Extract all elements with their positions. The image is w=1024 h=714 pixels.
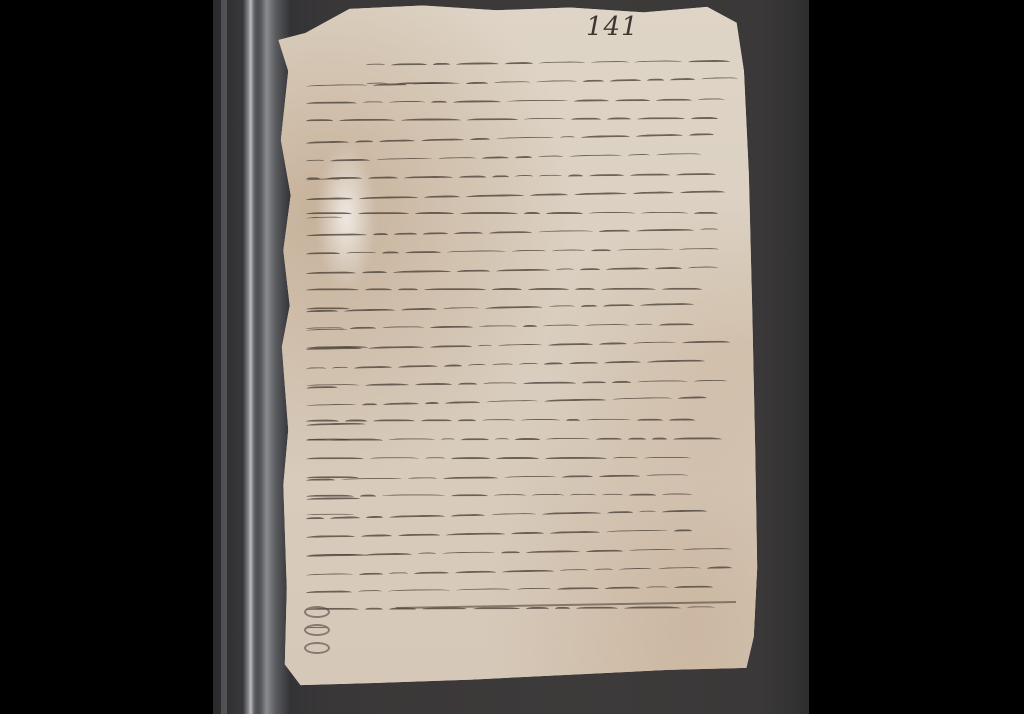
handwritten-word [662, 494, 692, 498]
handwritten-word [460, 212, 518, 217]
handwritten-line [306, 486, 746, 504]
handwritten-word [360, 495, 376, 500]
handwritten-line [306, 69, 746, 93]
handwritten-word [691, 117, 718, 122]
handwritten-word [379, 139, 415, 145]
handwritten-word [306, 252, 340, 257]
handwritten-word [344, 309, 395, 315]
handwritten-word [382, 251, 399, 256]
plastic-sleeve-edge [221, 0, 227, 714]
handwritten-word [542, 512, 601, 518]
handwritten-word [501, 551, 520, 556]
handwritten-word [635, 60, 682, 65]
handwritten-word [306, 457, 364, 462]
handwritten-word [673, 437, 722, 442]
handwritten-word [624, 606, 681, 611]
handwritten-word [680, 190, 725, 196]
margin-flourishes [304, 602, 344, 662]
plastic-sleeve-fold-highlight [243, 0, 257, 714]
handwritten-word [555, 607, 570, 612]
handwritten-word [569, 154, 622, 159]
handwritten-word [485, 306, 543, 312]
handwritten-word [424, 288, 486, 293]
handwritten-word [306, 573, 353, 578]
handwritten-word [415, 382, 452, 387]
handwritten-word [574, 99, 609, 104]
handwritten-word [359, 572, 383, 577]
handwritten-word [610, 79, 641, 85]
handwritten-word [694, 379, 727, 383]
handwritten-word [389, 515, 445, 521]
handwritten-word [523, 325, 537, 330]
handwritten-word [346, 252, 376, 256]
handwritten-word [636, 134, 683, 140]
handwritten-word [538, 230, 593, 235]
handwritten-word [466, 81, 488, 86]
handwritten-word [552, 249, 585, 253]
handwritten-word [607, 118, 631, 123]
handwritten-word [394, 233, 417, 238]
handwritten-word [646, 586, 668, 590]
handwritten-word [505, 62, 533, 67]
handwritten-word [637, 118, 685, 123]
handwritten-word [332, 438, 383, 443]
handwritten-word [544, 399, 606, 405]
handwritten-word [687, 606, 715, 610]
handwritten-word [536, 80, 577, 85]
handwritten-word [482, 419, 515, 423]
handwritten-word [382, 326, 424, 330]
handwritten-word [361, 534, 392, 540]
handwritten-word [330, 159, 370, 165]
handwritten-word [418, 552, 436, 556]
handwritten-word [479, 325, 517, 329]
handwritten-word [444, 364, 462, 369]
handwritten-word [607, 511, 633, 517]
handwritten-word [370, 457, 419, 461]
handwritten-word [306, 141, 349, 147]
handwritten-word [306, 591, 352, 597]
handwritten-word [571, 118, 601, 123]
handwritten-word [478, 345, 492, 349]
handwritten-word [388, 589, 450, 594]
handwritten-word [350, 327, 376, 332]
handwritten-word [585, 324, 629, 328]
handwritten-word [425, 402, 439, 407]
handwritten-word [628, 438, 646, 443]
handwritten-word [700, 228, 718, 232]
handwritten-line [306, 220, 746, 242]
handwritten-word [405, 251, 441, 256]
handwritten-word [421, 419, 452, 424]
handwritten-word [521, 419, 560, 423]
handwritten-word [306, 197, 353, 203]
handwritten-word [491, 513, 536, 518]
handwritten-word [425, 457, 445, 461]
handwritten-word [580, 268, 600, 273]
handwritten-word [637, 419, 663, 424]
handwritten-word [454, 232, 483, 237]
handwritten-line [306, 240, 746, 261]
handwritten-word [443, 476, 498, 482]
handwritten-word [582, 381, 606, 386]
handwritten-word [568, 174, 583, 179]
handwritten-word [458, 419, 476, 424]
handwritten-word [461, 438, 489, 443]
handwritten-word [496, 268, 550, 274]
handwritten-word [570, 494, 596, 498]
handwritten-word [606, 267, 649, 273]
handwritten-word [306, 160, 324, 164]
handwritten-word [468, 364, 486, 368]
handwritten-word [330, 516, 360, 522]
handwritten-word [613, 457, 638, 461]
handwritten-word [662, 510, 707, 516]
handwritten-word [306, 367, 326, 371]
handwritten-word [306, 553, 359, 558]
handwritten-word [445, 401, 480, 407]
handwritten-word [698, 98, 725, 102]
handwritten-word [368, 346, 424, 352]
handwritten-line [306, 598, 746, 616]
handwritten-word [594, 568, 613, 572]
handwritten-word [586, 419, 631, 423]
handwritten-word [601, 287, 656, 292]
handwritten-word [365, 552, 412, 558]
handwritten-word [358, 590, 382, 594]
handwritten-word [492, 363, 513, 367]
handwritten-word [566, 419, 580, 424]
handwritten-word [515, 156, 532, 161]
handwritten-word [707, 566, 732, 571]
handwritten-word [644, 457, 691, 461]
handwritten-word [451, 514, 485, 520]
handwritten-word [398, 533, 440, 539]
handwritten-word [546, 212, 583, 217]
handwritten-word [512, 250, 546, 254]
handwritten-word [574, 192, 627, 198]
handwritten-word [629, 494, 656, 499]
handwritten-word [619, 567, 652, 572]
handwritten-word [382, 495, 445, 499]
handwritten-word [526, 550, 580, 556]
manuscript-page: 141 [276, 2, 766, 692]
handwritten-word [599, 474, 640, 480]
handwritten-word [458, 382, 477, 387]
handwritten-word [359, 196, 418, 202]
handwritten-word [451, 494, 488, 499]
handwritten-word [306, 101, 357, 106]
handwritten-word [389, 572, 408, 576]
handwritten-word [639, 511, 656, 515]
handwritten-word [306, 288, 359, 293]
handwritten-word [421, 138, 464, 144]
handwritten-word [326, 177, 362, 182]
handwritten-word [560, 136, 575, 140]
handwritten-word [443, 307, 479, 312]
handwritten-word [658, 566, 701, 571]
handwritten-word [373, 419, 415, 424]
handwritten-word [603, 304, 634, 310]
handwritten-word [495, 438, 509, 442]
handwritten-word [669, 419, 695, 424]
handwritten-word [524, 212, 540, 217]
handwritten-word [562, 475, 593, 480]
handwritten-word [507, 99, 568, 104]
handwritten-word [636, 229, 694, 235]
handwritten-word [655, 267, 682, 272]
handwritten-word [528, 287, 569, 292]
handwritten-word [583, 79, 604, 84]
handwritten-word [341, 477, 402, 482]
handwritten-word [414, 571, 449, 577]
handwritten-word [617, 248, 673, 253]
handwritten-word [306, 233, 367, 239]
handwritten-word [532, 494, 564, 498]
handwritten-word [355, 140, 373, 145]
handwritten-word [366, 516, 383, 521]
handwritten-word [591, 61, 629, 65]
handwritten-word [538, 155, 563, 159]
handwritten-word [306, 383, 359, 388]
handwritten-word [637, 380, 688, 385]
handwritten-line [306, 465, 746, 487]
handwritten-word [456, 62, 499, 67]
handwritten-word [306, 119, 333, 124]
handwritten-word [473, 607, 520, 612]
handwritten-word [306, 84, 367, 89]
handwritten-text-block [306, 54, 746, 618]
handwritten-word [430, 326, 473, 331]
handwritten-word [615, 99, 650, 104]
handwritten-word [466, 194, 524, 200]
handwritten-word [604, 360, 641, 366]
handwritten-word [306, 212, 352, 217]
handwritten-word [517, 588, 551, 592]
handwritten-word [498, 344, 542, 349]
handwritten-word [306, 404, 356, 409]
handwritten-word [581, 135, 630, 141]
handwritten-word [544, 362, 563, 367]
handwritten-word [306, 495, 354, 500]
handwritten-line [306, 204, 746, 220]
handwritten-word [688, 266, 718, 270]
folio-number: 141 [586, 12, 639, 42]
handwritten-word [486, 400, 538, 405]
handwritten-word [306, 271, 356, 277]
handwritten-word [635, 324, 653, 328]
handwritten-word [482, 156, 509, 161]
handwritten-word [556, 268, 574, 272]
handwritten-line [306, 449, 746, 465]
handwritten-word [539, 174, 562, 178]
handwritten-word [447, 250, 506, 255]
handwritten-word [557, 587, 599, 593]
handwritten-word [641, 212, 688, 216]
handwritten-word [676, 173, 716, 178]
handwritten-word [306, 439, 326, 443]
handwritten-word [682, 340, 730, 346]
handwritten-line [306, 279, 746, 296]
handwritten-word [599, 342, 627, 347]
handwritten-word [647, 359, 705, 365]
handwritten-word [678, 397, 707, 403]
handwritten-word [398, 288, 418, 293]
handwritten-word [345, 420, 367, 425]
handwritten-word [511, 532, 544, 538]
handwritten-word [424, 195, 460, 201]
handwritten-word [504, 475, 556, 480]
handwritten-word [612, 397, 672, 402]
handwritten-word [494, 494, 526, 498]
handwritten-word [589, 212, 635, 216]
handwritten-word [373, 83, 407, 89]
handwritten-word [413, 82, 460, 87]
handwritten-word [633, 191, 674, 197]
handwritten-word [519, 363, 538, 367]
handwritten-word [492, 288, 522, 293]
handwritten-word [389, 438, 435, 442]
handwritten-word [492, 175, 509, 180]
handwritten-line [306, 429, 746, 446]
handwritten-word [398, 365, 438, 371]
handwritten-word [446, 532, 505, 538]
handwritten-word [373, 233, 388, 238]
handwritten-word [433, 63, 450, 68]
handwritten-word [550, 531, 600, 537]
handwritten-word [548, 343, 593, 349]
handwritten-word [453, 100, 501, 105]
handwritten-word [306, 327, 344, 331]
handwritten-word [546, 438, 590, 442]
handwritten-word [530, 193, 568, 199]
handwritten-word [332, 366, 348, 370]
handwritten-word [496, 457, 539, 462]
handwritten-word [688, 60, 730, 65]
handwritten-word [306, 478, 335, 483]
handwritten-word [576, 607, 618, 612]
handwritten-word [670, 78, 695, 83]
handwritten-word [358, 212, 409, 217]
handwritten-word [524, 118, 565, 122]
handwritten-word [438, 157, 476, 162]
handwritten-word [526, 607, 549, 612]
handwritten-word [647, 78, 664, 83]
handwritten-word [682, 548, 732, 553]
handwritten-word [366, 64, 385, 68]
handwritten-word [674, 529, 692, 534]
handwritten-word [376, 158, 432, 163]
handwritten-word [575, 287, 595, 292]
handwritten-word [602, 494, 623, 498]
handwritten-word [589, 174, 624, 179]
handwritten-word [659, 323, 694, 328]
handwritten-word [612, 380, 631, 385]
handwritten-word [404, 176, 453, 182]
handwritten-word [494, 81, 530, 86]
handwritten-word [365, 288, 392, 293]
handwritten-word [549, 305, 575, 309]
handwritten-word [599, 230, 630, 235]
handwritten-line [306, 164, 746, 185]
handwritten-word [401, 308, 437, 314]
handwritten-word [470, 138, 490, 143]
handwritten-word [306, 517, 324, 522]
handwritten-word [606, 530, 668, 535]
handwritten-word [656, 98, 692, 103]
handwritten-word [365, 383, 409, 388]
handwritten-word [662, 287, 702, 292]
handwritten-line [306, 258, 746, 280]
handwritten-word [674, 586, 713, 592]
handwritten-word [431, 100, 447, 105]
handwritten-word [496, 137, 554, 142]
handwritten-word [362, 403, 377, 408]
handwritten-word [483, 382, 517, 386]
handwritten-word [408, 477, 437, 481]
handwritten-word [581, 305, 597, 310]
handwritten-word [539, 61, 585, 65]
handwritten-word [383, 403, 419, 409]
handwritten-word [515, 438, 540, 443]
handwritten-word [467, 118, 518, 123]
handwritten-word [569, 361, 598, 367]
handwritten-word [306, 177, 320, 182]
handwritten-line [306, 411, 746, 428]
handwritten-line [306, 90, 746, 110]
handwritten-word [640, 303, 694, 309]
handwritten-word [306, 535, 355, 541]
handwritten-word [354, 366, 392, 372]
handwritten-word [430, 345, 472, 351]
handwritten-word [451, 457, 490, 462]
handwritten-word [363, 101, 383, 105]
handwritten-word [694, 212, 718, 217]
handwritten-word [459, 175, 486, 180]
handwritten-word [543, 325, 579, 329]
manuscript-photo: 141 [213, 0, 809, 714]
handwritten-word [455, 570, 496, 576]
handwritten-line [306, 182, 746, 206]
handwritten-word [629, 548, 676, 553]
handwritten-word [656, 153, 701, 158]
handwritten-word [489, 231, 532, 237]
handwritten-word [545, 457, 607, 462]
handwritten-word [523, 381, 576, 387]
handwritten-word [679, 248, 719, 252]
handwritten-word [306, 310, 338, 316]
handwritten-word [391, 63, 427, 68]
handwritten-word [306, 420, 339, 425]
handwritten-word [456, 589, 511, 594]
handwritten-word [605, 587, 640, 592]
handwritten-word [393, 270, 451, 276]
handwritten-word [415, 212, 454, 217]
handwritten-word [630, 173, 670, 178]
handwritten-word [515, 175, 533, 179]
handwritten-word [368, 176, 398, 181]
handwritten-word [560, 568, 588, 573]
handwritten-word [441, 438, 455, 442]
handwritten-word [689, 133, 714, 139]
handwritten-word [339, 119, 395, 124]
handwritten-word [628, 154, 650, 158]
handwritten-word [401, 119, 461, 124]
handwritten-word [652, 437, 667, 442]
handwritten-word [457, 269, 490, 274]
handwritten-word [442, 551, 495, 556]
handwritten-word [591, 249, 611, 254]
